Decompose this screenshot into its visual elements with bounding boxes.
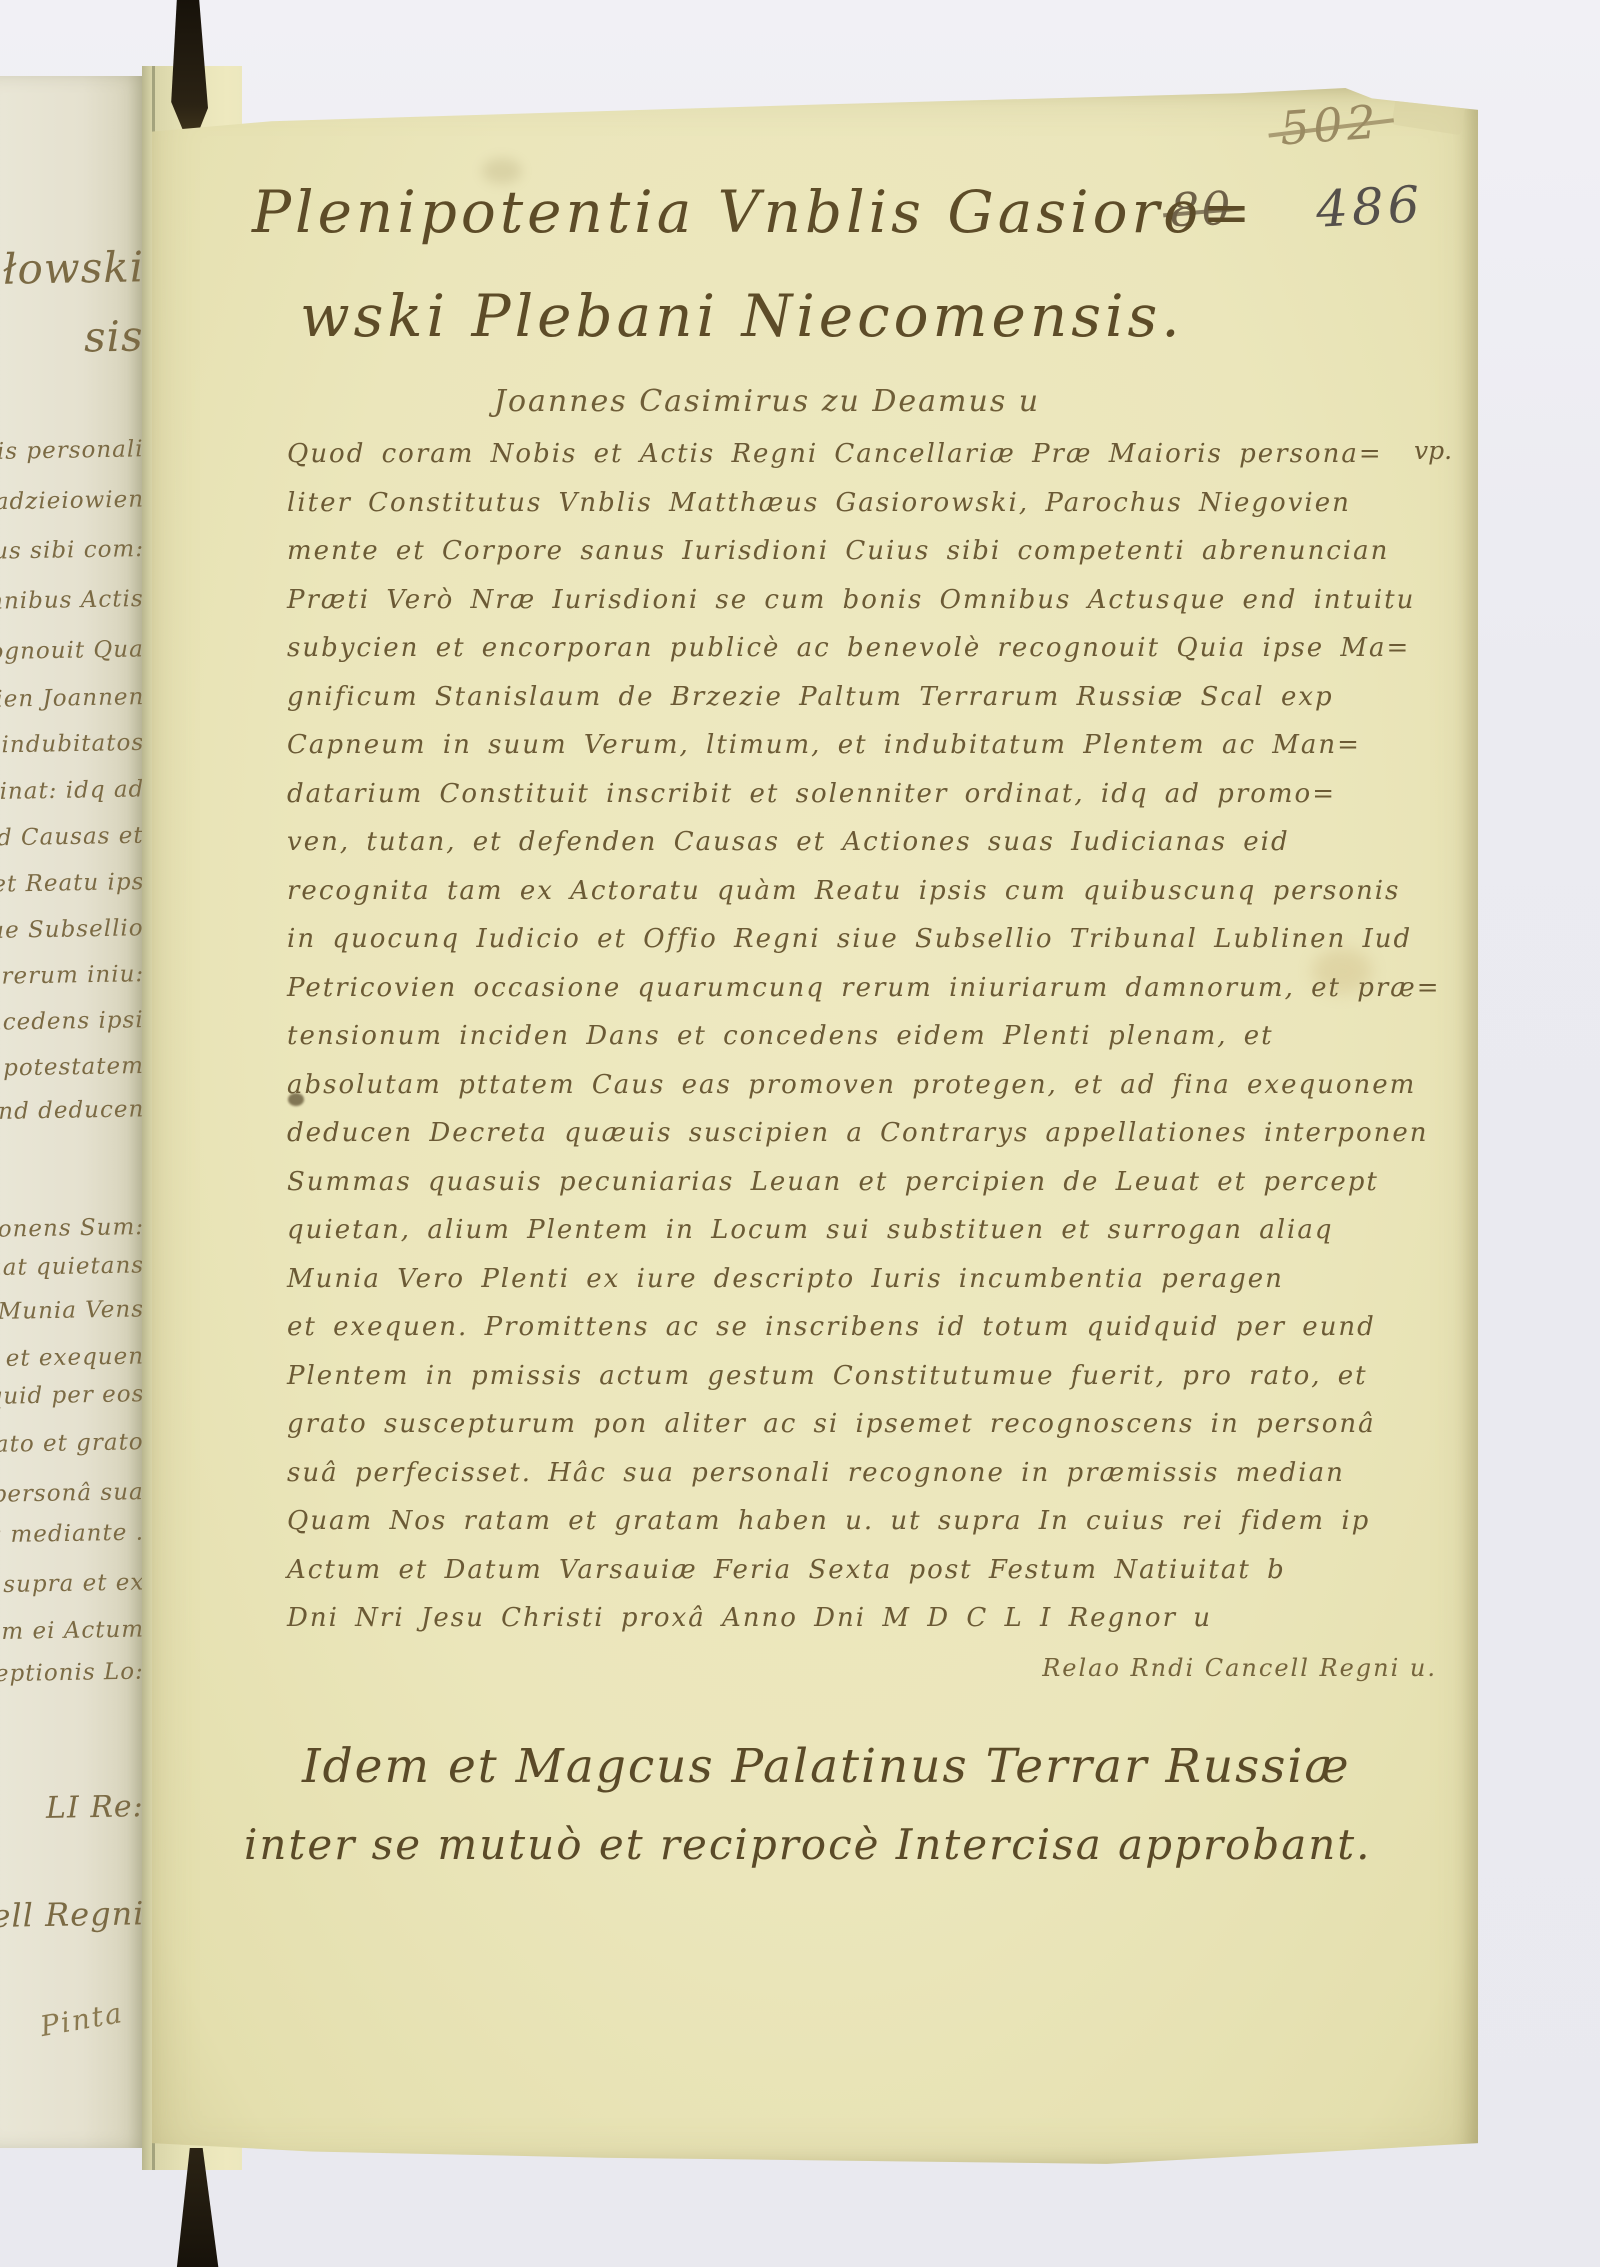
body-line: gnificum Stanislaum de Brzezie Paltum Te… [287, 673, 1437, 722]
closing-line-1: Idem et Magcus Palatinus Terrar Russiæ [302, 1724, 1434, 1810]
body-line: Actum et Datum Varsauiæ Feria Sexta post… [287, 1546, 1437, 1595]
title-line-2: wski Plebani Niecomensis. [300, 264, 1412, 368]
body-line: recognita tam ex Actoratu quàm Reatu ips… [287, 867, 1437, 916]
closing-approbation: Idem et Magcus Palatinus Terrar Russiæ i… [244, 1724, 1434, 1880]
body-line: quietan, alium Plentem in Locum sui subs… [287, 1206, 1437, 1255]
page-corner-fold [1392, 89, 1467, 136]
body-line: Summas quasuis pecuniarias Leuan et perc… [287, 1158, 1437, 1207]
manuscript-page: 502 80 486 Plenipotentia Vnblis Gasioro=… [152, 88, 1478, 2166]
body-line: liter Constitutus Vnblis Matthæus Gasior… [287, 479, 1437, 528]
body-text: Quod coram Nobis et Actis Regni Cancella… [287, 430, 1437, 1643]
body-line: et exequen. Promittens ac se inscribens … [287, 1303, 1437, 1352]
body-line: ven, tutan, et defenden Causas et Action… [287, 818, 1437, 867]
body-line: Munia Vero Plenti ex iure descripto Iuri… [287, 1255, 1437, 1304]
page-number-old-crossed: 502 [1278, 95, 1381, 156]
body-line: Quam Nos ratam et gratam haben u. ut sup… [287, 1497, 1437, 1546]
intitulation-line: Joannes Casimirus zu Deamus u [292, 384, 1242, 419]
body-line: Præti Verò Nræ Iurisdioni se cum bonis O… [287, 576, 1437, 625]
body-line: mente et Corpore sanus Iurisdioni Cuius … [287, 527, 1437, 576]
facing-page-signature: Pinta [38, 1996, 126, 2043]
body-line: suâ perfecisset. Hâc sua personali recog… [287, 1449, 1437, 1498]
body-line: subycien et encorporan publicè ac benevo… [287, 624, 1437, 673]
body-line: Capneum in suum Verum, ltimum, et indubi… [287, 721, 1437, 770]
body-line: datarium Constituit inscribit et solenni… [287, 770, 1437, 819]
body-line: grato suscepturum pon aliter ac si ipsem… [287, 1400, 1437, 1449]
document-title: Plenipotentia Vnblis Gasioro= wski Pleba… [252, 160, 1412, 368]
relatio-line: Relao Rndi Cancell Regni u. [287, 1654, 1437, 1682]
body-line: in quocunq Iudicio et Offio Regni siue S… [287, 915, 1437, 964]
body-line: Plentem in pmissis actum gestum Constitu… [287, 1352, 1437, 1401]
title-line-1: Plenipotentia Vnblis Gasioro= [252, 178, 1255, 246]
body-line: Dni Nri Jesu Christi proxâ Anno Dni M D … [287, 1594, 1437, 1643]
facing-page-signature-layer: Pinta [0, 76, 150, 2148]
body-line: tensionum inciden Dans et concedens eide… [287, 1012, 1437, 1061]
body-line: deducen Decreta quæuis suscipien a Contr… [287, 1109, 1437, 1158]
closing-line-2: inter se mutuò et reciprocè Intercisa ap… [244, 1810, 1434, 1880]
manuscript-scan: { "document": { "kind": "17th-century La… [0, 0, 1600, 2267]
body-line: absolutam pttatem Caus eas promoven prot… [287, 1061, 1437, 1110]
body-line: Quod coram Nobis et Actis Regni Cancella… [287, 430, 1437, 479]
body-line: Petricovien occasione quarumcunq rerum i… [287, 964, 1437, 1013]
